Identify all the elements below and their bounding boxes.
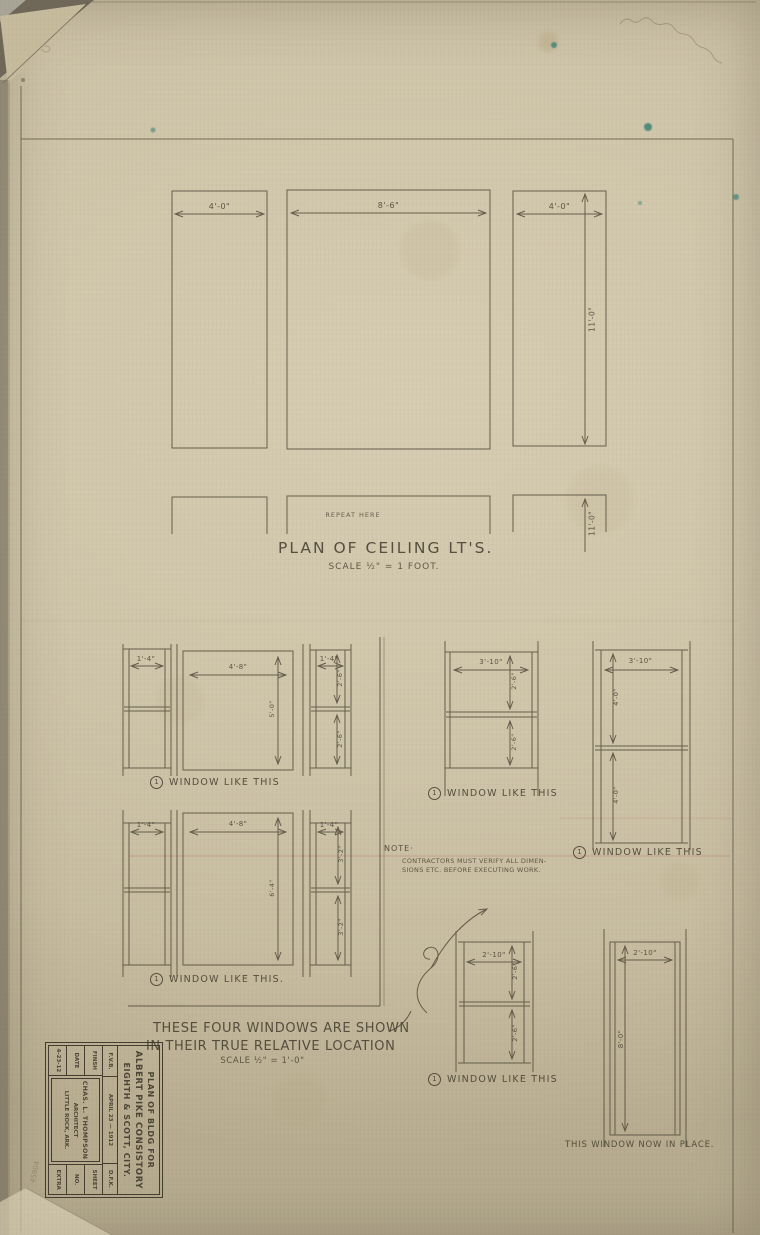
window-5-number-badge: 1: [428, 1073, 441, 1086]
window-6-label: THIS WINDOW NOW IN PLACE.: [565, 1140, 714, 1150]
project-line-1: PLAN OF BLDG FOR: [144, 1046, 156, 1194]
window-4-left-width: 1'-4": [121, 821, 171, 829]
window-3-label-text: WINDOW LIKE THIS: [592, 847, 703, 858]
architect-title: ARCHITECT: [72, 1079, 78, 1161]
window-4-linework: [123, 810, 351, 977]
ceiling-plan-title: PLAN OF CEILING LT'S.: [278, 539, 490, 557]
architect-name: CHAS. L. THOMPSON: [81, 1079, 88, 1161]
window-6-width: 2'-10": [613, 949, 677, 957]
date-short: 4-23-12: [49, 1046, 66, 1075]
drafter-initials: F.V.B.: [104, 1046, 118, 1077]
window-1-label-text: WINDOW LIKE THIS: [169, 777, 280, 788]
window-1-right-upper: 2'-6": [336, 658, 344, 698]
window-3-upper: 4'-0": [612, 677, 620, 717]
window-4-right-width: 1'-4": [304, 821, 354, 829]
window-3-linework: [593, 641, 690, 850]
window-4-label: 1 WINDOW LIKE THIS.: [150, 973, 284, 986]
architect-location: LITTLE ROCK, ARK.: [63, 1079, 69, 1161]
drawing-sheet: 4'-0" 8'-6" 4'-0" 11'-0" REPEAT HERE 11'…: [0, 0, 760, 1235]
window-1-center-width: 4'-8": [183, 663, 293, 671]
window-1-label: 1 WINDOW LIKE THIS: [150, 776, 280, 789]
title-block-credits-row: F.V.B. APRIL 23 — 1912 D.F.K.: [103, 1046, 118, 1194]
window-3-lower: 4'-0": [612, 775, 620, 815]
window-5-upper: 2'-6": [511, 951, 519, 991]
ceiling-bay-height: 11'-0": [588, 300, 597, 340]
window-2-label-text: WINDOW LIKE THIS: [447, 788, 558, 799]
note-line-1: CONTRACTORS MUST VERIFY ALL DIMEN-: [402, 857, 547, 865]
window-4-number-badge: 1: [150, 973, 163, 986]
window-1-left-width: 1'-4": [121, 655, 171, 663]
window-2-number-badge: 1: [428, 787, 441, 800]
callout-scale: SCALE ½" = 1'-0": [205, 1056, 320, 1066]
window-3-width: 3'-10": [599, 657, 682, 665]
drawing-date: APRIL 23 — 1912: [104, 1077, 118, 1163]
callout-leader: [390, 909, 487, 1031]
window-3-number-badge: 1: [573, 846, 586, 859]
title-block: PLAN OF BLDG FOR ALBERT PIKE CONSISTORY …: [45, 1042, 163, 1198]
window-1-center-height: 5'-0": [268, 689, 276, 729]
title-block-project: PLAN OF BLDG FOR ALBERT PIKE CONSISTORY …: [118, 1046, 160, 1194]
title-block-frame: PLAN OF BLDG FOR ALBERT PIKE CONSISTORY …: [45, 1042, 163, 1198]
window-2-width: 3'-10": [449, 658, 533, 666]
checker-initials: D.F.K.: [104, 1163, 118, 1194]
architect-stamp: CHAS. L. THOMPSON ARCHITECT LITTLE ROCK,…: [51, 1078, 101, 1162]
title-block-right-column: SHEET NO. EXTRA: [49, 1164, 103, 1194]
window-5-lower: 2'-6": [511, 1013, 519, 1053]
ceiling-bay-width-right: 4'-0": [513, 202, 606, 211]
project-line-3: EIGHTH & SCOTT, CITY.: [121, 1046, 133, 1194]
window-4-center-width: 4'-8": [183, 820, 293, 828]
faint-handwriting-mark: [620, 18, 722, 63]
note-heading: NOTE·: [384, 844, 414, 853]
window-2-lower: 2'-6": [510, 722, 518, 762]
window-5-label: 1 WINDOW LIKE THIS: [428, 1073, 558, 1086]
window-6-height: 8'-0": [617, 1019, 625, 1059]
window-4-right-upper: 3'-2": [337, 834, 345, 874]
callout-line-2: IN THEIR TRUE RELATIVE LOCATION: [146, 1039, 395, 1054]
window-4-center-height: 6'-4": [268, 868, 276, 908]
window-1-number-badge: 1: [150, 776, 163, 789]
window-2-label: 1 WINDOW LIKE THIS: [428, 787, 558, 800]
ceiling-bay-height-repeat: 11'-0": [588, 504, 597, 544]
number-label: NO.: [66, 1165, 84, 1194]
sheet-number: EXTRA: [49, 1165, 66, 1194]
ceiling-bay-width-left: 4'-0": [172, 202, 267, 211]
finish-label: FINSH: [84, 1046, 102, 1075]
window-1-right-width: 1'-4": [304, 655, 354, 663]
note-line-2: SIONS ETC. BEFORE EXECUTING WORK.: [402, 866, 541, 874]
callout-line-1: THESE FOUR WINDOWS ARE SHOWN: [153, 1021, 410, 1036]
window-4-right-lower: 3'-2": [337, 907, 345, 947]
ceiling-bay-width-center: 8'-6": [287, 201, 490, 210]
window-5-label-text: WINDOW LIKE THIS: [447, 1074, 558, 1085]
project-line-2: ALBERT PIKE CONSISTORY: [132, 1046, 144, 1194]
window-4-label-text: WINDOW LIKE THIS.: [169, 974, 284, 985]
window-1-right-lower: 2'-6": [336, 719, 344, 759]
ceiling-plan-scale: SCALE ½" = 1 FOOT.: [295, 562, 473, 572]
sheet-label: SHEET: [84, 1165, 102, 1194]
ceiling-plan-linework: [172, 190, 606, 552]
repeat-note: REPEAT HERE: [318, 511, 388, 519]
date-label: DATE: [66, 1046, 84, 1075]
window-2-upper: 2'-6": [510, 661, 518, 701]
title-block-left-column: FINSH DATE 4-23-12: [49, 1046, 103, 1076]
window-3-label: 1 WINDOW LIKE THIS: [573, 846, 703, 859]
